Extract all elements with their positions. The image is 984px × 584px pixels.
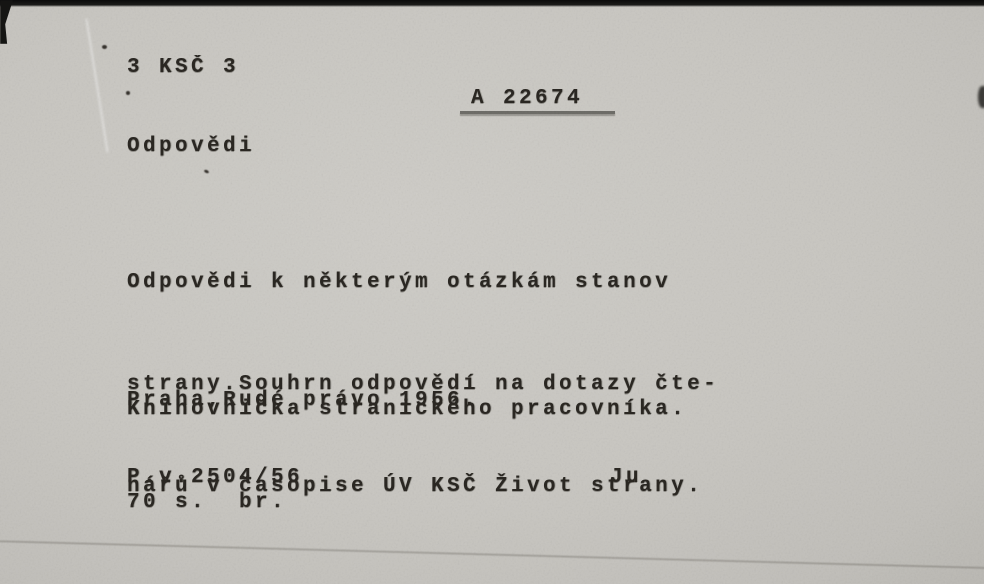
catalog-card-scan: 3 KSČ 3 A 22674 Odpovědi Odpovědi k někt…: [0, 0, 984, 584]
annotation-line: Odpovědi k některým otázkám stanov: [127, 266, 719, 300]
classification-number: 3 KSČ 3: [127, 56, 239, 79]
scan-edge-top: [0, 0, 984, 7]
ink-speck: [126, 91, 130, 95]
accession-underline: [460, 111, 615, 114]
scan-edge-right-smudge: [978, 86, 984, 108]
ink-speck: [102, 45, 107, 49]
print-number: P.v.2504/56: [127, 466, 303, 489]
imprint-block: Praha,Rudé právo 1956. 70 s. br.: [127, 316, 479, 584]
title-heading: Odpovědi: [127, 135, 255, 158]
collation-line: 70 s. br.: [127, 486, 479, 520]
accession-number: A 22674: [471, 87, 583, 110]
cataloguer-initials: Ju: [610, 466, 642, 489]
series-statement: Knihovnička stranického pracovníka.: [127, 398, 687, 421]
